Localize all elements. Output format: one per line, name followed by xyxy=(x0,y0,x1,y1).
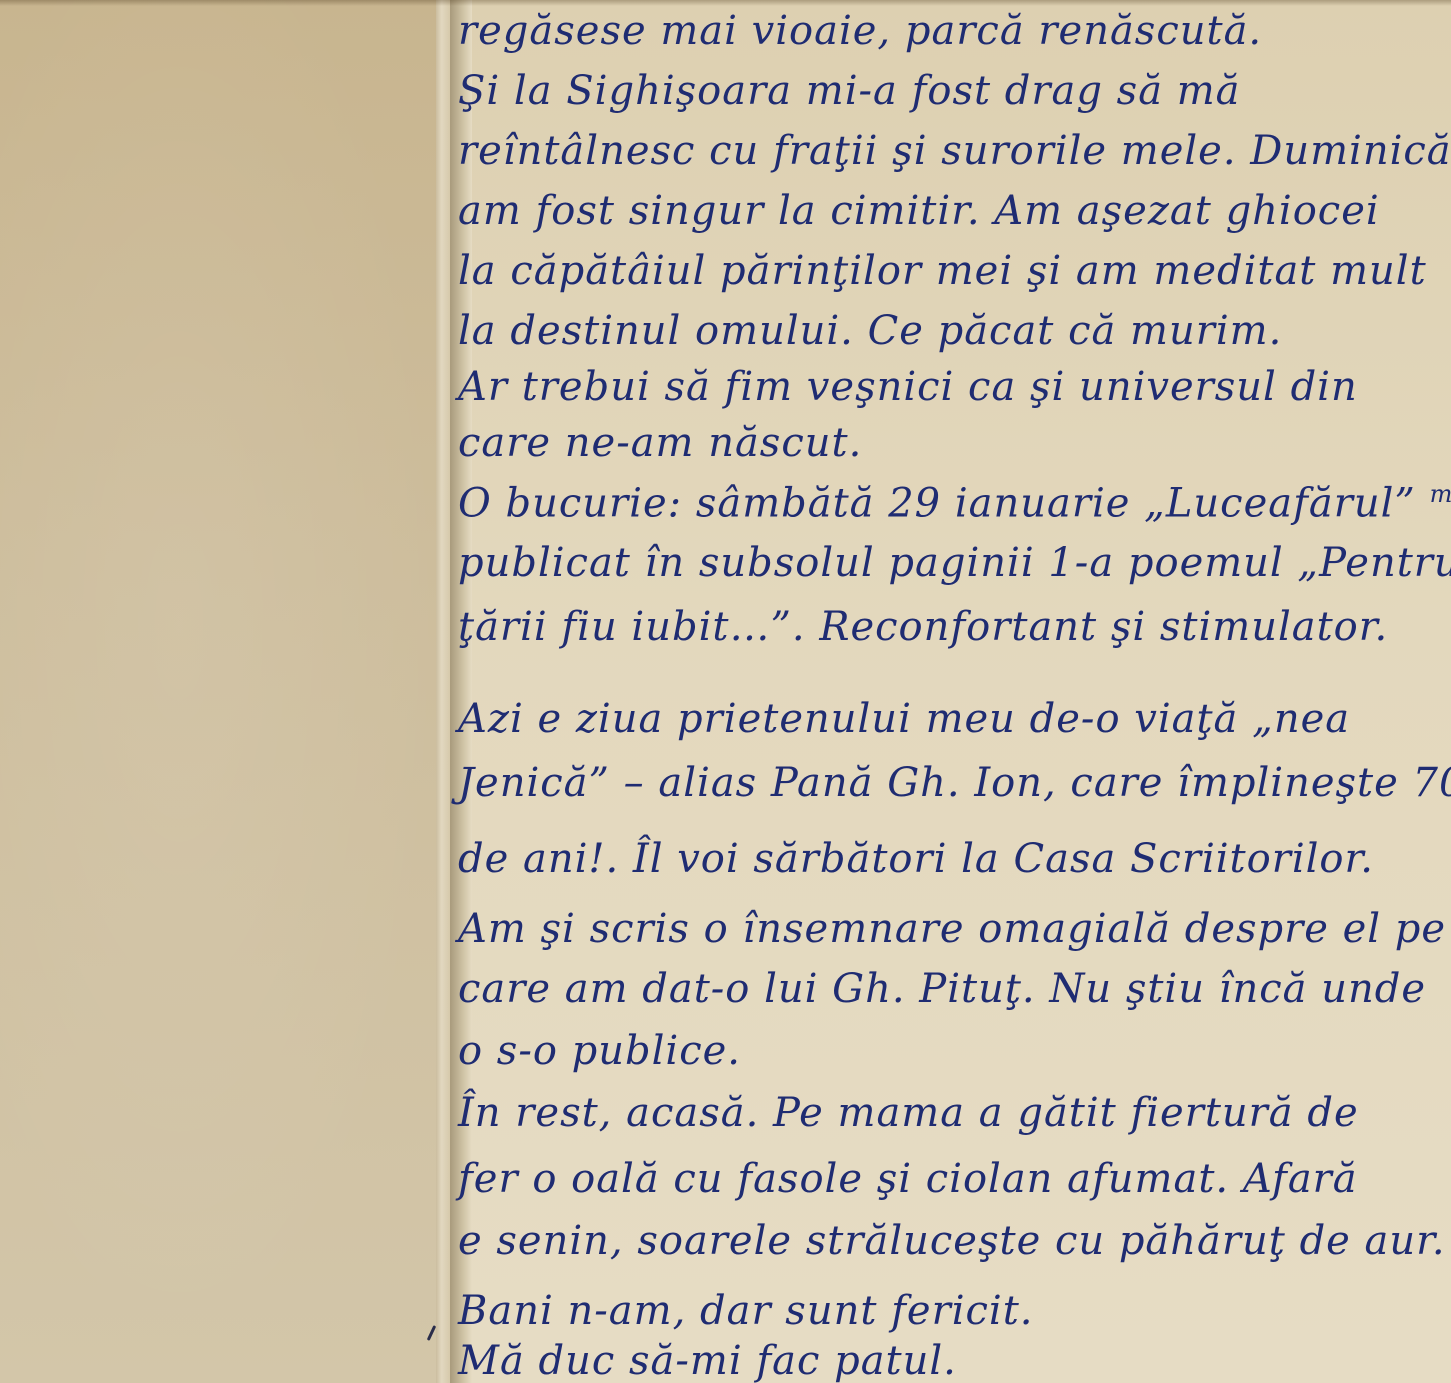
text-line: Mă duc să-mi fac patul. xyxy=(458,1338,957,1383)
text-line: Bani n-am, dar sunt fericit. xyxy=(458,1288,1034,1334)
text-line: de ani!. Îl voi sărbători la Casa Scriit… xyxy=(458,836,1374,882)
left-page-edge xyxy=(436,0,450,1383)
text-line: Şi la Sighişoara mi-a fost drag să mă xyxy=(458,68,1241,114)
text-line: Jenică” – alias Pană Gh. Ion, care împli… xyxy=(458,760,1451,806)
text-line-with-correction: O bucurie: sâmbătă 29 ianuarie „Luceafăr… xyxy=(458,480,1451,526)
text-line: care am dat-o lui Gh. Pituţ. Nu ştiu înc… xyxy=(458,966,1426,1012)
text-line: regăsese mai vioaie, parcă renăscută. xyxy=(458,8,1262,54)
text-line: publicat în subsolul paginii 1-a poemul … xyxy=(458,540,1451,586)
text-line: e senin, soarele străluceşte cu păhăruţ … xyxy=(458,1218,1446,1264)
text-line: care ne-am născut. xyxy=(458,420,862,466)
text-line: Am şi scris o însemnare omagială despre … xyxy=(458,906,1446,952)
text-line: la căpătâiul părinţilor mei şi am medita… xyxy=(458,248,1427,294)
inserted-word: mi-a xyxy=(1430,480,1451,508)
left-page-blank xyxy=(0,0,448,1383)
text-line: la destinul omului. Ce păcat că murim. xyxy=(458,308,1282,354)
text-line: ţării fiu iubit…”. Reconfortant şi stimu… xyxy=(458,604,1388,650)
text-line: am fost singur la cimitir. Am aşezat ghi… xyxy=(458,188,1380,234)
text-line: reîntâlnesc cu fraţii şi surorile mele. … xyxy=(458,128,1451,174)
line-text: O bucurie: sâmbătă 29 ianuarie „Luceafăr… xyxy=(458,480,1416,526)
text-line: Ar trebui să fim veşnici ca şi universul… xyxy=(458,364,1358,410)
top-edge-shadow xyxy=(0,0,1451,6)
text-line: o s-o publice. xyxy=(458,1028,741,1074)
text-line: În rest, acasă. Pe mama a gătit fiertură… xyxy=(458,1090,1359,1136)
text-line: fer o oală cu fasole şi ciolan afumat. A… xyxy=(458,1156,1358,1202)
open-notebook-spread: regăsese mai vioaie, parcă renăscută. Şi… xyxy=(0,0,1451,1383)
text-line: Azi e ziua prietenului meu de-o viaţă „n… xyxy=(458,696,1350,742)
